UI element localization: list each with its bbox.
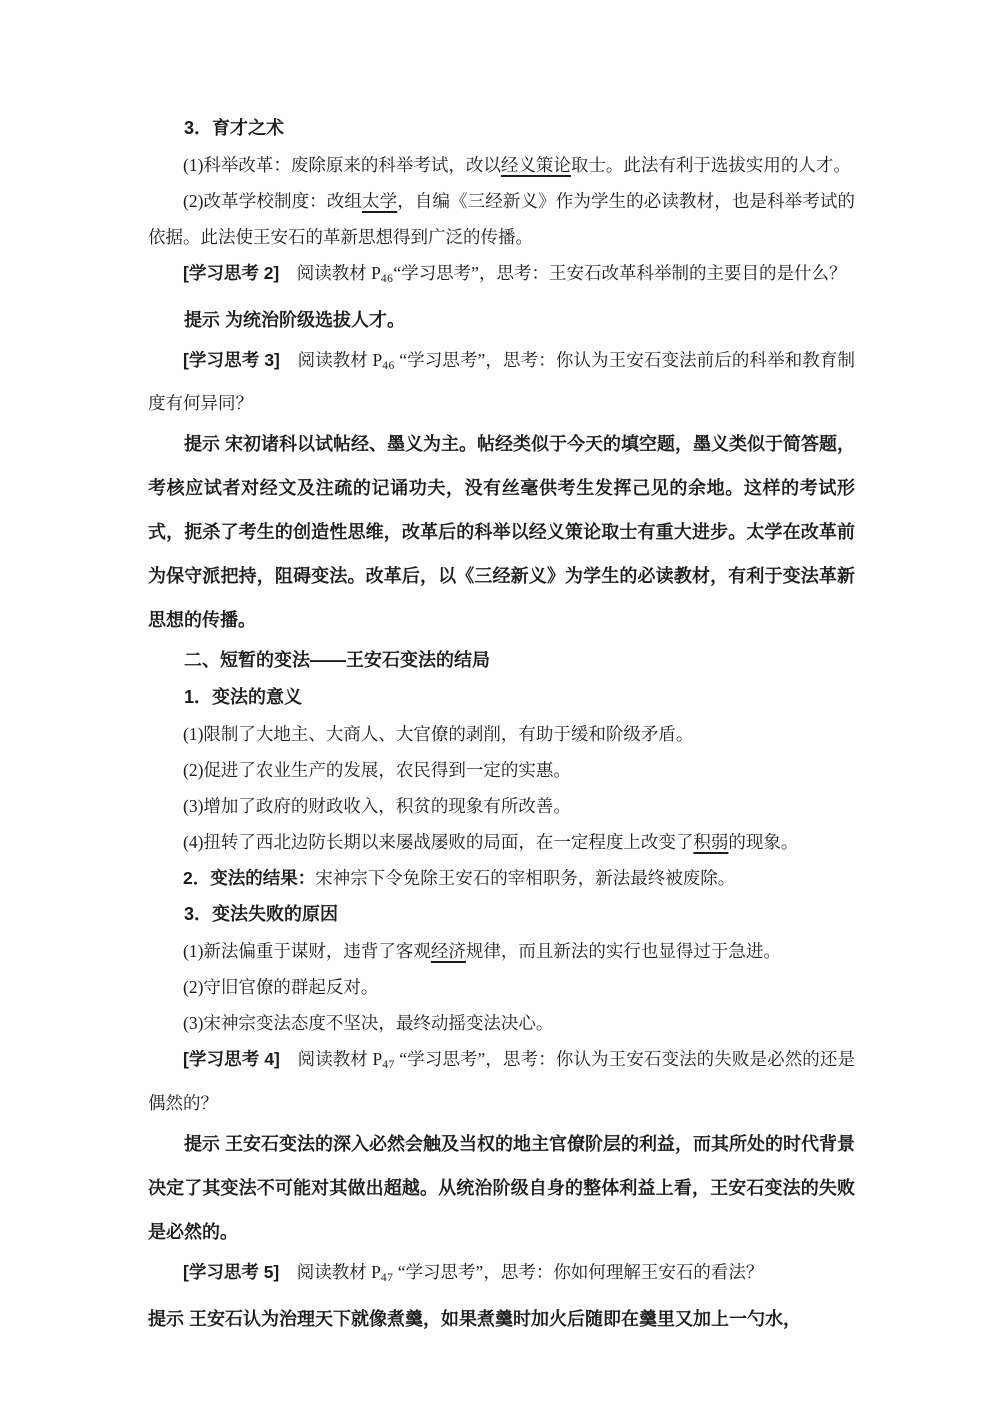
text-segment: (4)扭转了西北边防长期以来屡战屡败的局面，在一定程度上改变了 — [183, 832, 693, 852]
bold-text-segment: 1．变法的意义 — [184, 687, 302, 707]
text-segment: 的现象。 — [728, 832, 798, 852]
bold-text-segment: 王安石变法的深入必然会触及当权的地主官僚阶层的利益，而其所处的时代背景决定了其变… — [148, 1134, 855, 1242]
text-segment: (1)限制了大地主、大商人、大官僚的剥削，有助于缓和阶级矛盾。 — [183, 724, 693, 744]
underlined-term: 经义策论 — [501, 155, 571, 175]
bold-text-segment: [学习思考 4] — [183, 1049, 280, 1069]
text-segment: “学习思考”，思考：王安石改革科举制的主要目的是什么？ — [393, 263, 846, 283]
body-yiyi-3: (3)增加了政府的财政收入，积贫的现象有所改善。 — [148, 788, 855, 824]
text-segment: (2)改革学校制度：改组 — [183, 191, 362, 211]
bold-text-segment: 提示 — [184, 434, 220, 454]
body-keju-gaige: (1)科举改革：废除原来的科举考试，改以经义策论取士。此法有利于选拔实用的人才。 — [148, 147, 855, 183]
sikao-5: [学习思考 5] 阅读教材 P47 “学习思考”，思考：你如何理解王安石的看法？ — [148, 1254, 855, 1297]
bold-text-segment: 二、短暂的变法——王安石变法的结局 — [184, 650, 490, 670]
heading-shibai-de-yuanyin: 3．变法失败的原因 — [148, 896, 855, 933]
bold-text-segment: 提示 — [184, 1134, 220, 1154]
page-number-subscript: 46 — [381, 273, 394, 285]
text-segment: (2)促进了农业生产的发展，农民得到一定的实惠。 — [183, 760, 571, 780]
bold-text-segment: 提示 — [148, 1309, 184, 1329]
bold-text-segment: [学习思考 2] — [183, 263, 279, 283]
body-bianfa-de-jieguo: 2．变法的结果：宋神宗下令免除王安石的宰相职务，新法最终被废除。 — [148, 860, 855, 896]
page-number-subscript: 47 — [381, 1272, 394, 1284]
body-yiyi-4: (4)扭转了西北边防长期以来屡战屡败的局面，在一定程度上改变了积弱的现象。 — [148, 824, 855, 860]
sikao-4: [学习思考 4] 阅读教材 P47 “学习思考”，思考：你认为王安石变法的失败是… — [148, 1041, 855, 1121]
document-content: 3．育才之术(1)科举改革：废除原来的科举考试，改以经义策论取士。此法有利于选拔… — [148, 110, 855, 1341]
heading-bianfa-de-yiyi: 1．变法的意义 — [148, 679, 855, 716]
text-segment: “学习思考”，思考：你如何理解王安石的看法？ — [393, 1262, 763, 1282]
text-segment: (1)科举改革：废除原来的科举考试，改以 — [183, 155, 501, 175]
text-segment: (3)增加了政府的财政收入，积贫的现象有所改善。 — [183, 796, 571, 816]
text-segment: (2)守旧官僚的群起反对。 — [183, 977, 378, 997]
sikao-3: [学习思考 3] 阅读教材 P46 “学习思考”，思考：你认为王安石变法前后的科… — [148, 342, 855, 422]
bold-text-segment: 2．变法的结果： — [183, 868, 315, 888]
text-segment: (3)宋神宗变法态度不坚决，最终动摇变法决心。 — [183, 1013, 553, 1033]
underlined-term: 积弱 — [693, 832, 728, 852]
heading-yucai-zhishu: 3．育才之术 — [148, 110, 855, 147]
tishi-4: 提示 王安石变法的深入必然会触及当权的地主官僚阶层的利益，而其所处的时代背景决定… — [148, 1122, 855, 1254]
bold-text-segment: 宋初诸科以试帖经、墨义为主。帖经类似于今天的填空题，墨义类似于简答题，考核应试者… — [148, 434, 855, 630]
underlined-term: 经济 — [431, 941, 466, 961]
tishi-5: 提示 王安石认为治理天下就像煮羹，如果煮羹时加火后随即在羹里又加上一勺水， — [148, 1297, 855, 1341]
text-segment: 规律，而且新法的实行也显得过于急进。 — [466, 941, 781, 961]
bold-text-segment: 提示 — [184, 310, 220, 330]
text-segment: 阅读教材 P — [280, 350, 382, 370]
body-yuanyin-1: (1)新法偏重于谋财，违背了客观经济规律，而且新法的实行也显得过于急进。 — [148, 933, 855, 969]
document-page: 3．育才之术(1)科举改革：废除原来的科举考试，改以经义策论取士。此法有利于选拔… — [0, 0, 1000, 1414]
page-number-subscript: 46 — [382, 360, 395, 372]
text-segment: 取士。此法有利于选拔实用的人才。 — [571, 155, 851, 175]
tishi-3: 提示 宋初诸科以试帖经、墨义为主。帖经类似于今天的填空题，墨义类似于简答题，考核… — [148, 422, 855, 642]
text-segment: 阅读教材 P — [280, 1049, 382, 1069]
heading-duanzan-de-bianfa: 二、短暂的变法——王安石变法的结局 — [148, 642, 855, 679]
body-yuanyin-2: (2)守旧官僚的群起反对。 — [148, 969, 855, 1005]
body-yiyi-1: (1)限制了大地主、大商人、大官僚的剥削，有助于缓和阶级矛盾。 — [148, 716, 855, 752]
bold-text-segment: 王安石认为治理天下就像煮羹，如果煮羹时加火后随即在羹里又加上一勺水， — [184, 1309, 801, 1329]
body-gaige-xuexiao-zhidu: (2)改革学校制度：改组太学，自编《三经新义》作为学生的必读教材，也是科举考试的… — [148, 183, 855, 255]
sikao-2: [学习思考 2] 阅读教材 P46“学习思考”，思考：王安石改革科举制的主要目的… — [148, 255, 855, 298]
bold-text-segment: 3．变法失败的原因 — [184, 904, 338, 924]
bold-text-segment: 3．育才之术 — [184, 118, 284, 138]
page-number-subscript: 47 — [382, 1060, 395, 1072]
bold-text-segment: 为统治阶级选拔人才。 — [220, 310, 405, 330]
bold-text-segment: [学习思考 3] — [183, 350, 280, 370]
body-yiyi-2: (2)促进了农业生产的发展，农民得到一定的实惠。 — [148, 752, 855, 788]
body-yuanyin-3: (3)宋神宗变法态度不坚决，最终动摇变法决心。 — [148, 1005, 855, 1041]
text-segment: (1)新法偏重于谋财，违背了客观 — [183, 941, 431, 961]
text-segment: 阅读教材 P — [279, 263, 381, 283]
underlined-term: 太学 — [362, 191, 397, 211]
tishi-2: 提示 为统治阶级选拔人才。 — [148, 298, 855, 342]
bold-text-segment: [学习思考 5] — [183, 1262, 279, 1282]
text-segment: 宋神宗下令免除王安石的宰相职务，新法最终被废除。 — [315, 868, 735, 888]
text-segment: 阅读教材 P — [279, 1262, 381, 1282]
